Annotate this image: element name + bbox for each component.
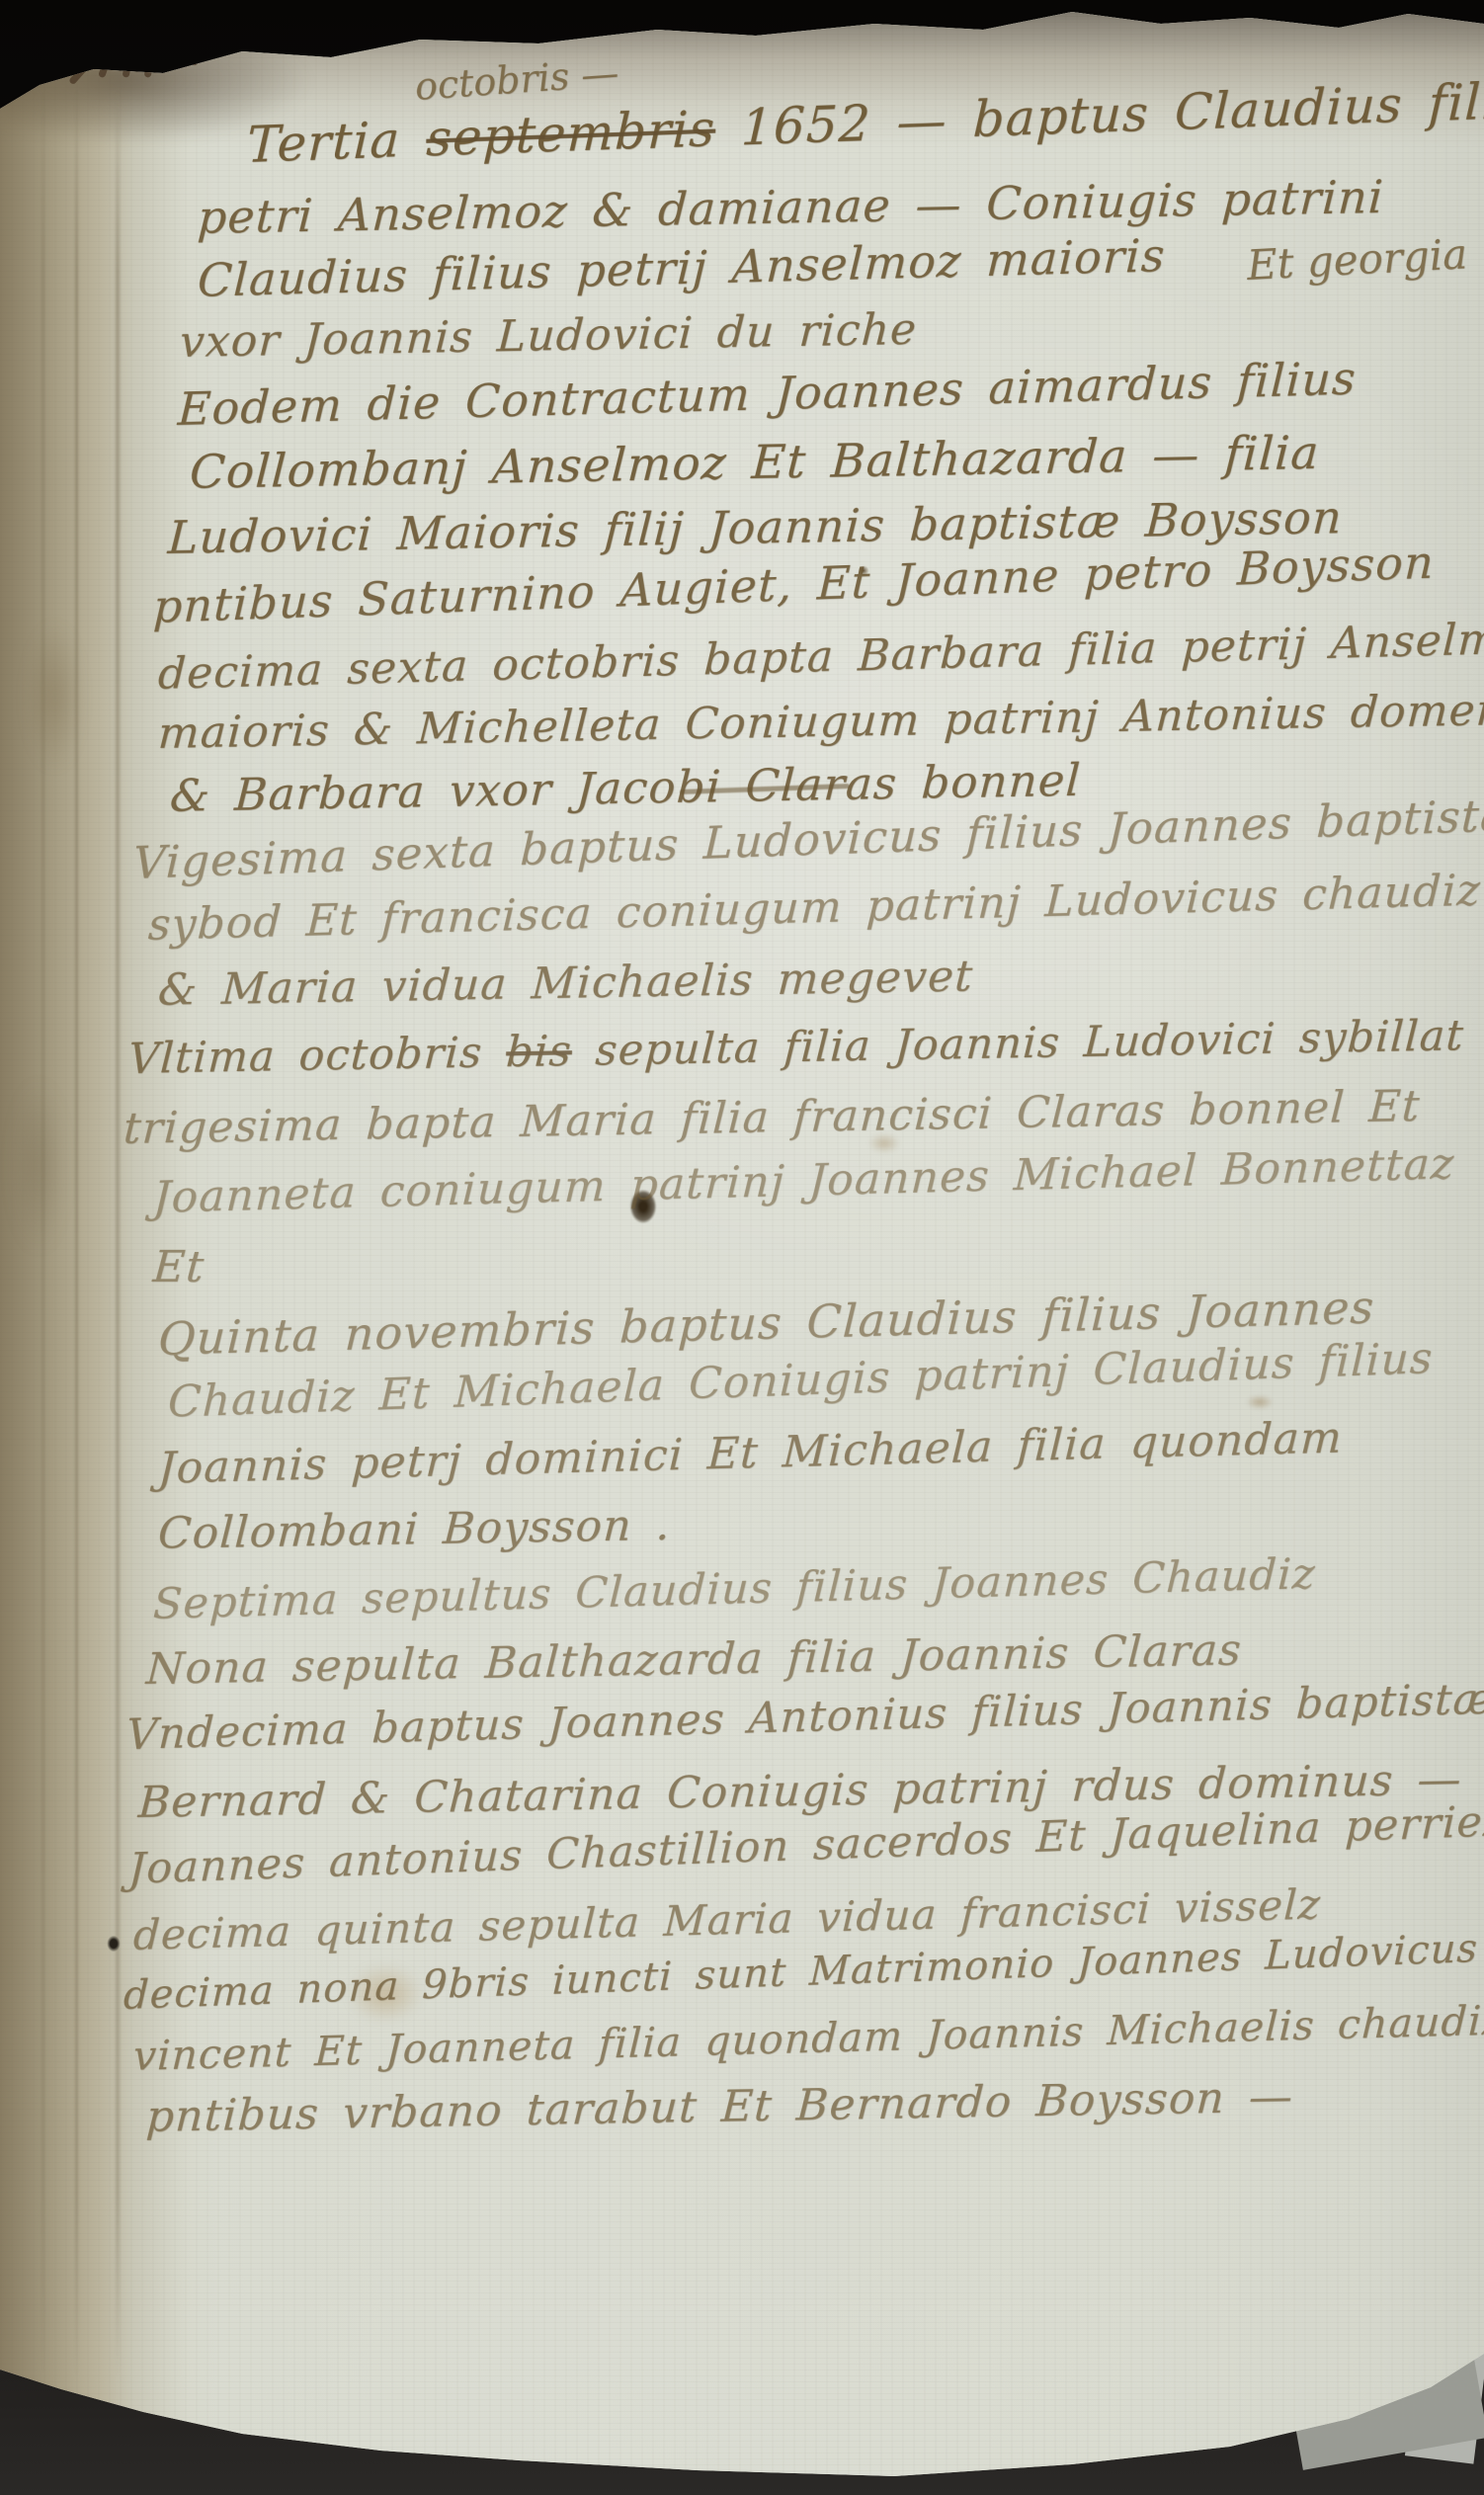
manuscript-line: Collombanj Anselmoz Et Balthazarda — fil… — [189, 426, 1321, 500]
scanned-page-backdrop: octobris — Et georgia Tertia septembris … — [0, 0, 1484, 2495]
manuscript-words: Tertia — [246, 111, 427, 174]
right-margin-note: Et georgia — [1246, 229, 1469, 290]
manuscript-words: Joannis petrj dominici Et Michaela filia… — [157, 1413, 1344, 1494]
manuscript-page: octobris — Et georgia Tertia septembris … — [0, 0, 1484, 2495]
struck-word: septembris — [425, 100, 716, 167]
manuscript-line: Nona sepulta Balthazarda filia Joannis C… — [145, 1625, 1244, 1695]
manuscript-words: & Maria vidua Michaelis megevet — [157, 952, 975, 1016]
manuscript-words: Nona sepulta Balthazarda filia Joannis C… — [145, 1625, 1244, 1695]
manuscript-line: Vltima octobris bis sepulta filia Joanni… — [127, 1011, 1465, 1084]
manuscript-line: petri Anselmoz & damianae — Coniugis pat… — [197, 170, 1385, 244]
manuscript-words: petri Anselmoz & damianae — Coniugis pat… — [197, 170, 1385, 244]
manuscript-words: 1652 — baptus Claudius filius — [714, 71, 1484, 158]
struck-word: bis — [505, 1027, 573, 1077]
manuscript-line: Collombani Boysson . — [157, 1500, 673, 1559]
manuscript-line: trigesima bapta Maria filia francisci Cl… — [123, 1081, 1422, 1154]
manuscript-line: Joanneta coniugum patrinj Joannes Michae… — [152, 1138, 1455, 1223]
manuscript-line: Et — [151, 1242, 206, 1292]
manuscript-words: sepulta filia Joannis Ludovici sybillat — [571, 1011, 1466, 1076]
manuscript-words: trigesima bapta Maria filia francisci Cl… — [123, 1081, 1422, 1154]
manuscript-words: Septima sepultus Claudius filius Joannes… — [152, 1549, 1317, 1629]
manuscript-line: & Maria vidua Michaelis megevet — [157, 952, 975, 1016]
manuscript-words: maioris & Michelleta Coniugum patrinj An… — [157, 684, 1484, 759]
manuscript-line: vxor Joannis Ludovici du riche — [179, 304, 919, 368]
manuscript-text: octobris — Et georgia Tertia septembris … — [0, 0, 1484, 2495]
manuscript-line: Joannis petrj dominici Et Michaela filia… — [157, 1413, 1344, 1494]
manuscript-words: vxor Joannis Ludovici du riche — [179, 304, 919, 368]
manuscript-line: Septima sepultus Claudius filius Joannes… — [152, 1549, 1317, 1629]
manuscript-words: Joanneta coniugum patrinj Joannes Michae… — [152, 1138, 1455, 1223]
insertion-note: octobris — — [413, 51, 619, 109]
manuscript-line: maioris & Michelleta Coniugum patrinj An… — [157, 684, 1484, 759]
manuscript-words: pntibus vrbano tarabut Et Bernardo Boyss… — [145, 2072, 1295, 2142]
manuscript-words: Et — [151, 1242, 206, 1292]
manuscript-words: Collombanj Anselmoz Et Balthazarda — fil… — [189, 426, 1321, 500]
manuscript-words: Vltima octobris — [127, 1028, 508, 1084]
manuscript-line: pntibus vrbano tarabut Et Bernardo Boyss… — [145, 2072, 1295, 2142]
manuscript-words: Collombani Boysson . — [157, 1500, 673, 1559]
